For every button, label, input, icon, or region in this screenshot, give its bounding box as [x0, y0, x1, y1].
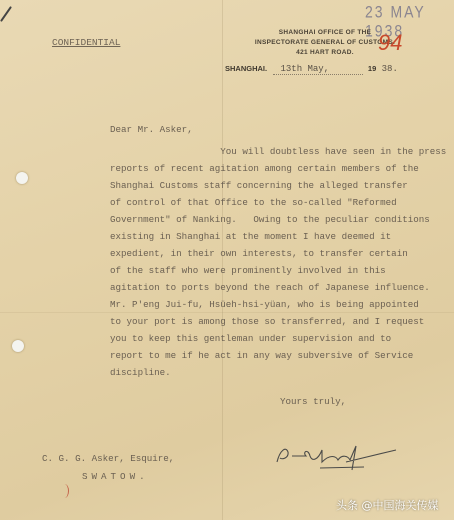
punch-hole-bottom — [12, 340, 24, 352]
pencil-mark — [0, 6, 12, 22]
closing: Yours truly, — [280, 396, 346, 407]
signature — [272, 432, 422, 472]
dateline: SHANGHAI. 13th May, 19 38. — [225, 64, 398, 75]
red-pencil-mark — [60, 484, 69, 498]
dateline-day-month: 13th May, — [273, 64, 363, 75]
addressee-block: C. G. G. Asker, Esquire, SWATOW. — [42, 450, 174, 486]
classification-label: CONFIDENTIAL — [52, 37, 120, 48]
body-line: expedient, in their own interests, to tr… — [110, 245, 450, 262]
body-line: agitation to ports beyond the reach of J… — [110, 279, 450, 296]
body-line: of control of that Office to the so-call… — [110, 194, 450, 211]
body-line: Mr. P'eng Jui-fu, Hsüeh-hsi-yüan, who is… — [110, 296, 450, 313]
body-line: Government" of Nanking. Owing to the pec… — [110, 211, 450, 228]
addressee-name: C. G. G. Asker, Esquire, — [42, 450, 174, 468]
source-watermark: 头条 @中国海关传媒 — [336, 497, 439, 513]
body-line: You will doubtless have seen in the pres… — [110, 143, 450, 160]
body-line: report to me if he act in any way subver… — [110, 347, 450, 364]
body-line: to your port is among those so transferr… — [110, 313, 450, 330]
body-line: Shanghai Customs staff concerning the al… — [110, 177, 450, 194]
punch-hole-top — [16, 172, 28, 184]
body-line: of the staff who were prominently involv… — [110, 262, 450, 279]
dateline-year-suffix: 38. — [382, 64, 398, 74]
body-line: you to keep this gentleman under supervi… — [110, 330, 450, 347]
file-number-annotation: 94 — [378, 30, 402, 56]
body-line: discipline. — [110, 364, 450, 381]
letter-body: You will doubtless have seen in the pres… — [110, 143, 450, 381]
dateline-place: SHANGHAI. — [225, 64, 267, 73]
salutation: Dear Mr. Asker, — [110, 124, 193, 135]
dateline-year-prefix: 19 — [368, 64, 376, 73]
body-line: existing in Shanghai at the moment I hav… — [110, 228, 450, 245]
body-line: reports of recent agitation among certai… — [110, 160, 450, 177]
